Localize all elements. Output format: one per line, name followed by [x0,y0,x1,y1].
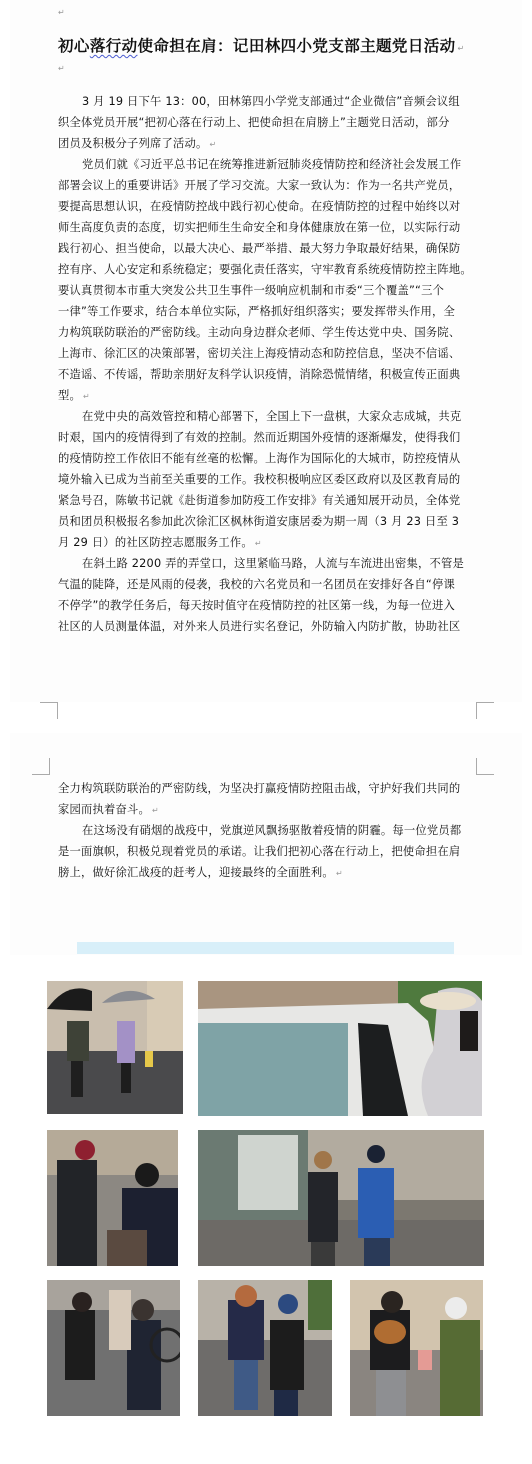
photo-wrist-temperature-check [198,1280,332,1416]
body-text-line: 的疫情防控工作依旧不能有丝毫的松懈。上海作为国际化的大城市，防控疫情从 [58,448,468,469]
line-text: 不停学”的教学任务后，每天按时值守在疫情防控的社区第一线，为每一位进入 [58,599,455,612]
line-text: 境外输入已成为当前至关重要的工作。我校积极响应区委区政府以及区教育局的 [58,473,460,486]
body-text-line: 境外输入已成为当前至关重要的工作。我校积极响应区委区政府以及区教育局的 [58,469,468,490]
paragraph-mark: ↵ [336,869,343,878]
divider-bar [77,942,454,954]
page-corner-mark [476,758,494,775]
line-text: 团员及积极分子列席了活动。 [58,137,207,150]
body-text-line: 党员们就《习近平总书记在统筹推进新冠肺炎疫情防控和经济社会发展工作 [82,154,468,175]
photo-umbrella-registration [47,981,183,1114]
page-corner-mark [476,702,494,719]
line-text: 部署会议上的重要讲话》开展了学习交流。大家一致认为：作为一名共产党员， [58,179,460,192]
line-text: 在党中央的高效管控和精心部署下，全国上下一盘棋，大家众志成城，共克 [82,410,461,423]
body-text-line: 紧急号召，陈敏书记就《赴街道参加防疫工作安排》有关通知展开动员，全体党 [58,490,468,511]
body-text-line: 一律”等工作要求，结合本单位实际，严格抓好组织落实；要发挥带头作用，全 [58,301,468,322]
body-text-line: 家园而执着奋斗。↵ [58,799,468,821]
line-text: 3 月 19 日下午 13：00，田林第四小学党支部通过“企业微信”音频会议组 [82,95,460,108]
document-title: 初心落行动使命担在肩：记田林四小党支部主题党日活动↵ [58,34,465,56]
body-text-line: 师生高度负责的态度，切实把师生生命安全和身体健康放在第一位，以实际行动 [58,217,468,238]
line-text: 上海市、徐汇区的决策部署，密切关注上海疫情动态和防控信息，坚决不信谣、 [58,347,460,360]
line-text: 的疫情防控工作依旧不能有丝毫的松懈。上海作为国际化的大城市，防控疫情从 [58,452,460,465]
photo-scooter-temperature-check [47,1130,178,1266]
body-text-line: 在党中央的高效管控和精心部署下，全国上下一盘棋，大家众志成城，共克 [82,406,468,427]
paragraph-mark: ↵ [58,64,65,73]
body-text-line: 要认真贯彻本市重大突发公共卫生事件一级响应机制和市委“三个覆盖”“三个 [58,280,468,301]
line-text: 控有序、人心安定和系统稳定；要强化责任落实，守牢教育系统疫情防控主阵地。 [58,263,468,276]
line-text: 时艰，国内的疫情得到了有效的控制。然而近期国外疫情的逐渐爆发，使得我们 [58,431,460,444]
line-text: 不造谣、不传谣，帮助亲朋好友科学认识疫情，消除恐慌情绪，积极宣传正面典 [58,368,460,381]
line-text: 要提高思想认识，在疫情防控战中践行初心使命。在疫情防控的过程中始终以对 [58,200,460,213]
body-text-line: 膀上，做好徐汇战疫的赶考人，迎接最终的全面胜利。↵ [58,862,468,884]
page-corner-mark [40,702,58,719]
line-text: 膀上，做好徐汇战疫的赶考人，迎接最终的全面胜利。 [58,866,334,879]
paragraph-mark: ↵ [152,806,159,815]
line-text: 党员们就《习近平总书记在统筹推进新冠肺炎疫情防控和经济社会发展工作 [82,158,461,171]
photo-woman-temperature-check [47,1280,180,1416]
body-text-line: 践行初心、担当使命，以最大决心、最严举措、最大努力争取最好结果，确保防 [58,238,468,259]
body-text-line: 上海市、徐汇区的决策部署，密切关注上海疫情动态和防控信息，坚决不信谣、 [58,343,468,364]
paragraph-mark: ↵ [255,539,262,548]
body-text-line: 不停学”的教学任务后，每天按时值守在疫情防控的社区第一线，为每一位进入 [58,595,468,616]
body-text-line: 力构筑联防联治的严密防线。主动向身边群众老师、学生传达党中央、国务院、 [58,322,468,343]
page-corner-mark [32,758,50,775]
body-text-line: 时艰，国内的疫情得到了有效的控制。然而近期国外疫情的逐渐爆发，使得我们 [58,427,468,448]
photo-man-with-dog [350,1280,483,1416]
body-text-line: 员和团员积极报名参加此次徐汇区枫林街道安康居委为期一周（3 月 23 日至 3 [58,511,468,532]
body-text-line: 控有序、人心安定和系统稳定；要强化责任落实，守牢教育系统疫情防控主阵地。 [58,259,468,280]
body-text-line: 3 月 19 日下午 13：00，田林第四小学党支部通过“企业微信”音频会议组 [82,91,468,112]
line-text: 要认真贯彻本市重大突发公共卫生事件一级响应机制和市委“三个覆盖”“三个 [58,284,444,297]
body-text-line: 气温的陡降，还是风雨的侵袭，我校的六名党员和一名团员在安排好各自“停课 [58,574,468,595]
photo-car-temperature-check [198,981,482,1116]
line-text: 员和团员积极报名参加此次徐汇区枫林街道安康居委为期一周（3 月 23 日至 3 [58,515,459,528]
line-text: 气温的陡降，还是风雨的侵袭，我校的六名党员和一名团员在安排好各自“停课 [58,578,455,591]
line-text: 在这场没有硝烟的战疫中，党旗逆风飘扬驱散着疫情的阴霾。每一位党员都 [82,824,461,837]
line-text: 型。 [58,389,81,402]
line-text: 师生高度负责的态度，切实把师生生命安全和身体健康放在第一位，以实际行动 [58,221,460,234]
page-gap [0,702,532,733]
paragraph-mark: ↵ [58,8,65,17]
line-text: 紧急号召，陈敏书记就《赴街道参加防疫工作安排》有关通知展开动员，全体党 [58,494,460,507]
line-text: 全力构筑联防联治的严密防线，为坚决打赢疫情防控阻击战，守护好我们共同的 [58,782,460,795]
body-text-line: 在斜土路 2200 弄的弄堂口，这里紧临马路，人流与车流进出密集，不管是 [82,553,468,574]
line-text: 践行初心、担当使命，以最大决心、最严举措、最大努力争取最好结果，确保防 [58,242,460,255]
line-text: 家园而执着奋斗。 [58,803,150,816]
body-text-line: 团员及积极分子列席了活动。↵ [58,133,468,155]
body-text-line: 织全体党员开展“把初心落在行动上、把使命担在肩膀上”主题党日活动，部分 [58,112,468,133]
body-text-line: 型。↵ [58,385,468,407]
line-text: 社区的人员测量体温，对外来人员进行实名登记，外防输入内防扩散，协助社区 [58,620,460,633]
paragraph-mark: ↵ [458,44,465,53]
photo-sidewalk-hand-sanitizer [198,1130,484,1266]
body-text-line: 月 29 日）的社区防控志愿服务工作。↵ [58,532,468,554]
paragraph-mark: ↵ [209,140,216,149]
body-text-line: 社区的人员测量体温，对外来人员进行实名登记，外防输入内防扩散，协助社区 [58,616,468,637]
body-text-line: 不造谣、不传谣，帮助亲朋好友科学认识疫情，消除恐慌情绪，积极宣传正面典 [58,364,468,385]
body-text-line: 要提高思想认识，在疫情防控战中践行初心使命。在疫情防控的过程中始终以对 [58,196,468,217]
line-text: 在斜土路 2200 弄的弄堂口，这里紧临马路，人流与车流进出密集，不管是 [82,557,464,570]
body-text-line: 全力构筑联防联治的严密防线，为坚决打赢疫情防控阻击战，守护好我们共同的 [58,778,468,799]
paragraph-mark: ↵ [83,392,90,401]
line-text: 一律”等工作要求，结合本单位实际，严格抓好组织落实；要发挥带头作用，全 [58,305,455,318]
line-text: 力构筑联防联治的严密防线。主动向身边群众老师、学生传达党中央、国务院、 [58,326,460,339]
line-text: 月 29 日）的社区防控志愿服务工作。 [58,536,253,549]
body-text-line: 是一面旗帜，积极兑现着党员的承诺。让我们把初心落在行动上，把使命担在肩 [58,841,468,862]
body-text-line: 在这场没有硝烟的战疫中，党旗逆风飘扬驱散着疫情的阴霾。每一位党员都 [82,820,468,841]
line-text: 是一面旗帜，积极兑现着党员的承诺。让我们把初心落在行动上，把使命担在肩 [58,845,460,858]
body-text-line: 部署会议上的重要讲话》开展了学习交流。大家一致认为：作为一名共产党员， [58,175,468,196]
line-text: 织全体党员开展“把初心落在行动上、把使命担在肩膀上”主题党日活动，部分 [58,116,450,129]
